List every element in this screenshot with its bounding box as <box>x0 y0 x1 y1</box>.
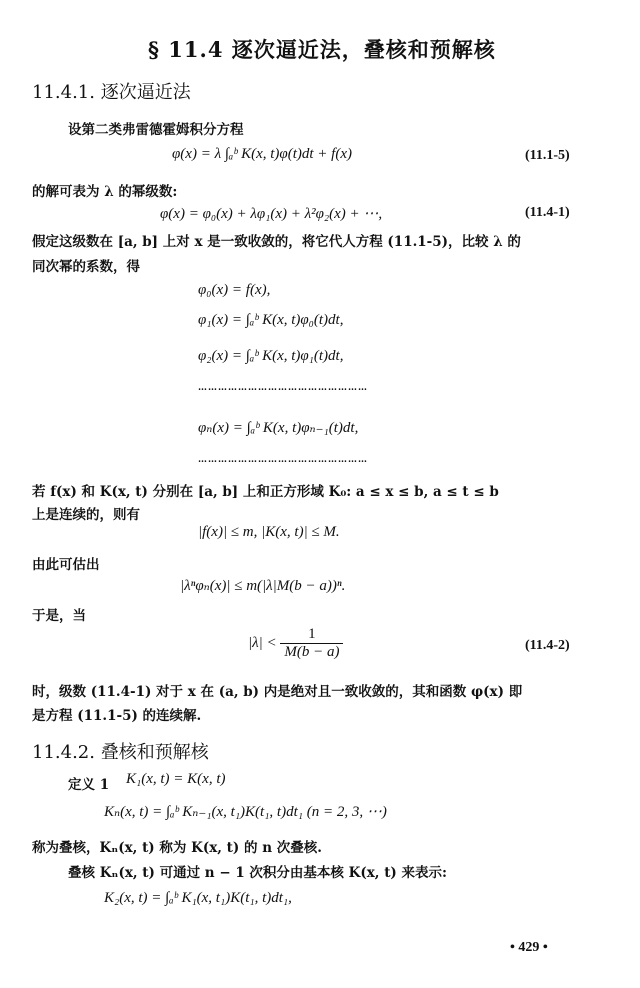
equation-number: (11.1-5) <box>525 148 570 164</box>
equation-11-4-1: φ(x) = φ₀(x) + λφ₁(x) + λ²φ₂(x) + ⋯, <box>160 204 382 223</box>
equation-11-4-2: |λ| < 1 M(b − a) <box>248 626 343 661</box>
ellipsis-row: …………………………………………… <box>198 455 368 465</box>
paragraph-assume-line1: 假定这级数在 [a, b] 上对 x 是一致收敛的，将它代人方程 (11.1-5… <box>32 230 521 250</box>
ellipsis-row: …………………………………………… <box>198 383 368 393</box>
paragraph-assume-line2: 同次幂的系数，得 <box>32 255 140 275</box>
paragraph-power-series: 的解可表为 λ 的幂级数: <box>32 180 177 200</box>
inequality-lhs: |λ| < <box>248 635 277 651</box>
definition-equation-2: Kₙ(x, t) = ∫ₐᵇ Kₙ₋₁(x, t₁)K(t₁, t)dt₁ (n… <box>104 802 387 821</box>
recursion-phi1: φ₁(x) = ∫ₐᵇ K(x, t)φ₀(t)dt, <box>198 312 343 329</box>
definition-equation-1: K₁(x, t) = K(x, t) <box>126 771 225 788</box>
equation-number: (11.4-2) <box>525 638 570 654</box>
paragraph-estimate: 由此可估出 <box>32 553 100 573</box>
paragraph-conclusion-line2: 是方程 (11.1-5) 的连续解. <box>32 704 201 724</box>
fraction: 1 M(b − a) <box>280 626 343 661</box>
section-title: § 11.4 逐次逼近法，叠核和预解核 <box>148 34 496 64</box>
subsection-heading-2: 11.4.2. 叠核和预解核 <box>32 738 209 764</box>
paragraph-conclusion-line1: 时，级数 (11.4-1) 对于 x 在 (a, b) 内是绝对且一致收敛的，其… <box>32 680 522 700</box>
fraction-denominator: M(b − a) <box>280 644 343 661</box>
page-number: • 429 • <box>510 940 548 956</box>
paragraph-representation: 叠核 Kₙ(x, t) 可通过 n − 1 次积分由基本核 K(x, t) 来表… <box>68 861 447 881</box>
subsection-heading-1: 11.4.1. 逐次逼近法 <box>32 78 191 104</box>
paragraph-intro: 设第二类弗雷德霍姆积分方程 <box>68 118 244 138</box>
paragraph-iterated-kernel: 称为叠核，Kₙ(x, t) 称为 K(x, t) 的 n 次叠核. <box>32 836 322 856</box>
equation-bounds: |f(x)| ≤ m, |K(x, t)| ≤ M. <box>198 524 340 541</box>
equation-11-1-5: φ(x) = λ ∫ₐᵇ K(x, t)φ(t)dt + f(x) <box>172 146 352 163</box>
equation-estimate: |λⁿφₙ(x)| ≤ m(|λ|M(b − a))ⁿ. <box>180 576 345 595</box>
paragraph-continuity-line1: 若 f(x) 和 K(x, t) 分别在 [a, b] 上和正方形域 K₀: a… <box>32 480 499 500</box>
definition-label: 定义 1 <box>68 773 109 793</box>
recursion-phin: φₙ(x) = ∫ₐᵇ K(x, t)φₙ₋₁(t)dt, <box>198 418 358 437</box>
equation-k2: K₂(x, t) = ∫ₐᵇ K₁(x, t₁)K(t₁, t)dt₁, <box>104 890 292 907</box>
recursion-phi2: φ₂(x) = ∫ₐᵇ K(x, t)φ₁(t)dt, <box>198 348 343 365</box>
recursion-phi0: φ₀(x) = f(x), <box>198 282 270 299</box>
equation-number: (11.4-1) <box>525 205 570 221</box>
paragraph-continuity-line2: 上是连续的，则有 <box>32 503 140 523</box>
paragraph-then: 于是，当 <box>32 604 86 624</box>
fraction-numerator: 1 <box>280 626 343 644</box>
